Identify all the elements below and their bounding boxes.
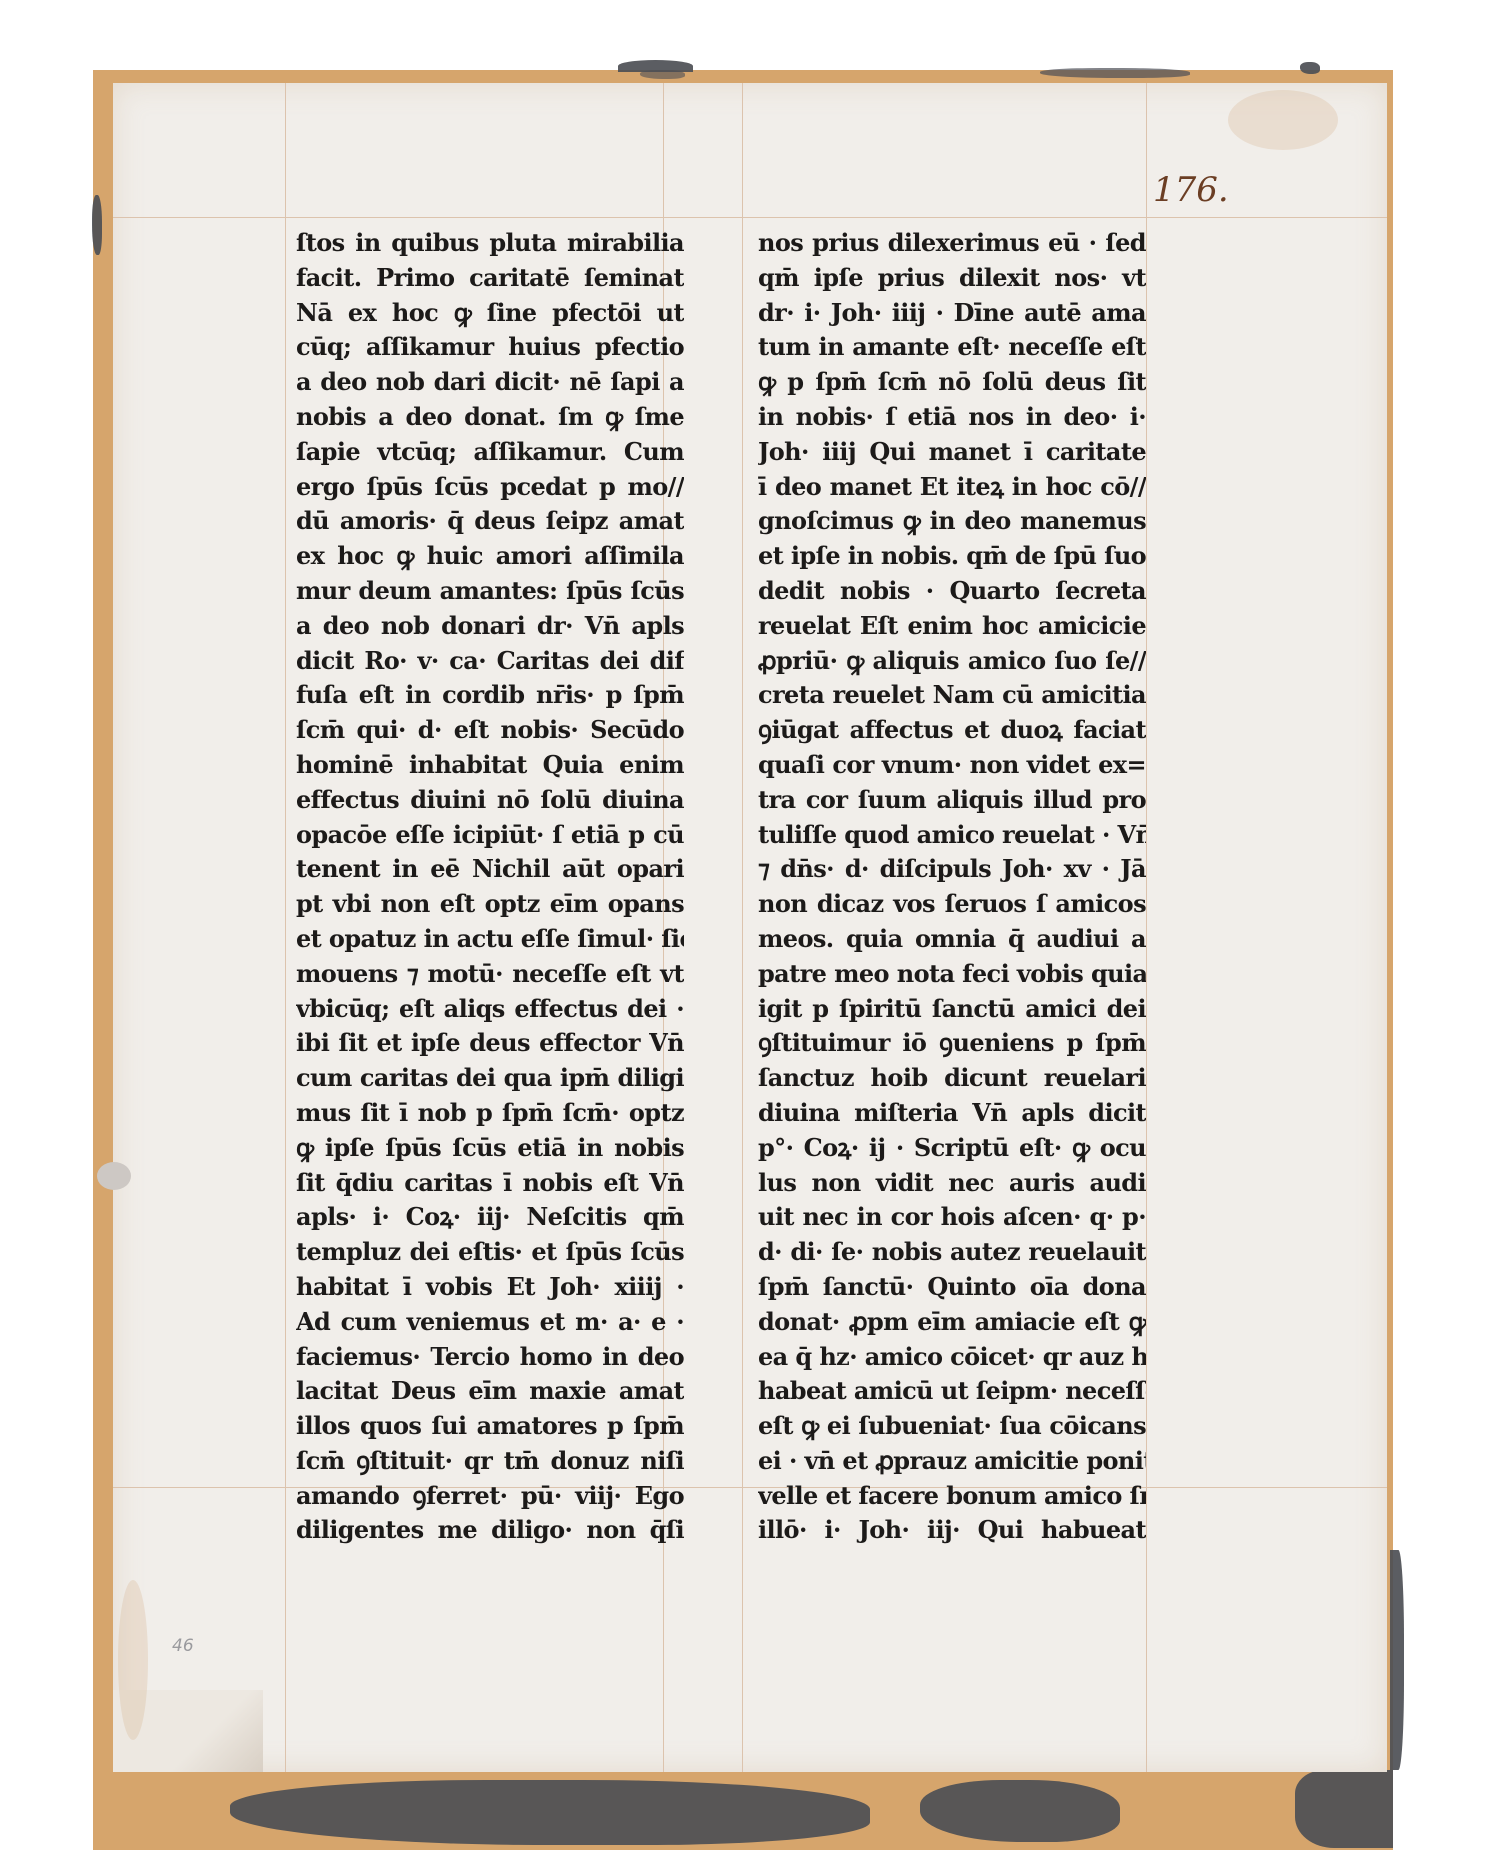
text-line: igit p ſpiritū ſanctū amici dei: [758, 992, 1146, 1027]
text-line: diuina miſteria Vn̄ apls dicit: [758, 1096, 1146, 1131]
text-line: dedit nobis · Quarto ſecreta: [758, 574, 1146, 609]
paper-tear: [97, 1162, 131, 1190]
text-line: Joh· iiij Qui manet ī caritate: [758, 435, 1146, 470]
text-line: et opatuz in actu eſſe ſimul· ſic: [296, 922, 684, 957]
text-line: Nā ex hoc ꝙ ſine pfectōi ut: [296, 296, 684, 331]
text-line: habeat amicū ut ſeipm· neceſſe: [758, 1374, 1146, 1409]
text-line: hominē inhabitat Quia enim: [296, 748, 684, 783]
text-line: creta reuelet Nam cū amicitia: [758, 678, 1146, 713]
text-column-right: nos prius dilexerimus eū · ſed qm̄ ipſe …: [758, 226, 1146, 1548]
text-line: tum in amante eſt· neceſſe eſt: [758, 330, 1146, 365]
text-line: vbicūq; eſt aliqs effectus dei ·: [296, 992, 684, 1027]
text-line: ꝙ ipſe ſpūs ſcūs etiā in nobis: [296, 1131, 684, 1166]
mount-stain: [640, 70, 685, 79]
text-line: p°· Coꝝ· ij · Scriptū eſt· ꝙ ocu: [758, 1131, 1146, 1166]
text-line: quaſi cor vnum· non videt ex=: [758, 748, 1146, 783]
text-line: dicit Ro· v· ca· Caritas dei dif: [296, 644, 684, 679]
text-line: eſt ꝙ ei ſubueniat· ſua cōicans: [758, 1409, 1146, 1444]
text-line: ꝯiūgat affectus et duoꝝ faciat: [758, 713, 1146, 748]
text-line: qm̄ ipſe prius dilexit nos· vt: [758, 261, 1146, 296]
text-line: ei · vn̄ et ꝓprauz amicitie ponit: [758, 1444, 1146, 1479]
text-line: nobis a deo donat. ſm ꝙ ſme: [296, 400, 684, 435]
text-line: a deo nob dari dicit· nē ſapi a: [296, 365, 684, 400]
text-line: uit nec in cor hois aſcen· q· p·: [758, 1200, 1146, 1235]
text-line: ſtos in quibus pluta mirabilia: [296, 226, 684, 261]
text-line: velle et facere bonum amico ſm: [758, 1479, 1146, 1514]
text-line: tenent in eē Nichil aūt opari: [296, 852, 684, 887]
text-line: ꝓpriū· ꝙ aliquis amico ſuo ſe//: [758, 644, 1146, 679]
folio-number: 176.: [1153, 170, 1229, 210]
text-line: illō· i· Joh· iij· Qui habueat: [758, 1513, 1146, 1548]
mount-stain: [230, 1780, 870, 1845]
text-line: ꝯſtituimur iō ꝯueniens p ſpm̄: [758, 1026, 1146, 1061]
text-line: mouens ⁊ motū· neceſſe eſt vt: [296, 957, 684, 992]
text-line: a deo nob donari dr· Vn̄ apls: [296, 609, 684, 644]
mount-stain: [1300, 62, 1320, 74]
text-line: effectus diuini nō ſolū diuina: [296, 783, 684, 818]
text-line: gnoſcimus ꝙ in deo manemus: [758, 504, 1146, 539]
text-line: ſanctuz hoib dicunt reuelari: [758, 1061, 1146, 1096]
mount-stain: [1390, 1550, 1404, 1770]
pencil-mark: 46: [172, 1636, 194, 1656]
mount-stain: [92, 195, 102, 255]
text-line: meos. quia omnia q̄ audiui a: [758, 922, 1146, 957]
text-line: et ipſe in nobis. qm̄ de ſpū ſuo: [758, 539, 1146, 574]
text-line: cūq; aſſikamur huius pfectio: [296, 330, 684, 365]
text-line: ibi ſit et ipſe deus effector Vn̄: [296, 1026, 684, 1061]
text-line: reuelat Eſt enim hoc amicicie: [758, 609, 1146, 644]
text-line: nos prius dilexerimus eū · ſed: [758, 226, 1146, 261]
text-line: ergo ſpūs ſcūs pcedat p mo//: [296, 470, 684, 505]
text-line: opacōe eſſe icipiūt· ſ etiā p cū: [296, 818, 684, 853]
text-line: lus non vidit nec auris audi: [758, 1166, 1146, 1201]
text-column-left: ſtos in quibus pluta mirabilia facit. Pr…: [296, 226, 684, 1548]
text-line: dū amoris· q̄ deus ſeipz amat: [296, 504, 684, 539]
text-line: cum caritas dei qua ipm̄ diligi: [296, 1061, 684, 1096]
text-line: ex hoc ꝙ huic amori aſſimila: [296, 539, 684, 574]
text-line: amando ꝯferret· pū· viij· Ego: [296, 1479, 684, 1514]
text-line: templuz dei eſtis· et ſpūs ſcūs: [296, 1235, 684, 1270]
text-line: ea q̄ hz· amico cōicet· qr auz hō: [758, 1340, 1146, 1375]
text-line: tuliſſe quod amico reuelat · Vn̄: [758, 818, 1146, 853]
ruling-line-gutter-right: [742, 83, 743, 1772]
text-line: ⁊ dn̄s· d· diſcipuls Joh· xv · Jā: [758, 852, 1146, 887]
ruling-line-left: [285, 83, 286, 1772]
text-line: habitat ī vobis Et Joh· xiiij ·: [296, 1270, 684, 1305]
text-line: mur deum amantes: ſpūs ſcūs: [296, 574, 684, 609]
text-line: ſcm̄ ꝯſtituit· qr tm̄ donuz niſi: [296, 1444, 684, 1479]
text-line: illos quos ſui amatores p ſpm̄: [296, 1409, 684, 1444]
text-line: dr· i· Joh· iiij · Dīne autē ama: [758, 296, 1146, 331]
text-line: Ad cum veniemus et m· a· e ·: [296, 1305, 684, 1340]
mount-stain: [1040, 68, 1190, 78]
text-line: facit. Primo caritatē ſeminat: [296, 261, 684, 296]
text-line: tra cor ſuum aliquis illud pro: [758, 783, 1146, 818]
text-line: fuſa eſt in cordib nr̄is· p ſpm̄: [296, 678, 684, 713]
text-line: ī deo manet Et iteꝝ in hoc cō//: [758, 470, 1146, 505]
text-line: faciemus· Tercio homo in deo: [296, 1340, 684, 1375]
text-line: non dicaz vos ſeruos ſ amicos: [758, 887, 1146, 922]
text-line: ꝙ p ſpm̄ ſcm̄ nō ſolū deus ſit: [758, 365, 1146, 400]
ruling-line-right: [1146, 83, 1147, 1772]
text-line: lacitat Deus eīm maxie amat: [296, 1374, 684, 1409]
ruling-line-top: [113, 217, 1387, 218]
mount-stain: [1295, 1770, 1393, 1848]
stain: [1228, 90, 1338, 150]
text-line: diligentes me diligo· non q̄ſi: [296, 1513, 684, 1548]
text-line: ſcm̄ qui· d· eſt nobis· Secūdo: [296, 713, 684, 748]
text-line: ſit q̄diu caritas ī nobis eſt Vn̄: [296, 1166, 684, 1201]
text-line: d· di· ſe· nobis autez reuelauit: [758, 1235, 1146, 1270]
mount-stain: [920, 1780, 1120, 1842]
text-line: ſapie vtcūq; aſſikamur. Cum: [296, 435, 684, 470]
text-line: patre meo nota feci vobis quia: [758, 957, 1146, 992]
text-line: pt vbi non eſt optz eīm opans: [296, 887, 684, 922]
text-line: mus ſit ī nob p ſpm̄ ſcm̄· optz: [296, 1096, 684, 1131]
text-line: apls· i· Coꝝ· iij· Neſcitis qm̄: [296, 1200, 684, 1235]
text-line: donat· ꝓpm eīm amiacie eſt ꝙ: [758, 1305, 1146, 1340]
text-line: ſpm̄ ſanctū· Quinto oīa dona: [758, 1270, 1146, 1305]
text-line: in nobis· ſ etiā nos in deo· i·: [758, 400, 1146, 435]
stain: [118, 1580, 148, 1740]
